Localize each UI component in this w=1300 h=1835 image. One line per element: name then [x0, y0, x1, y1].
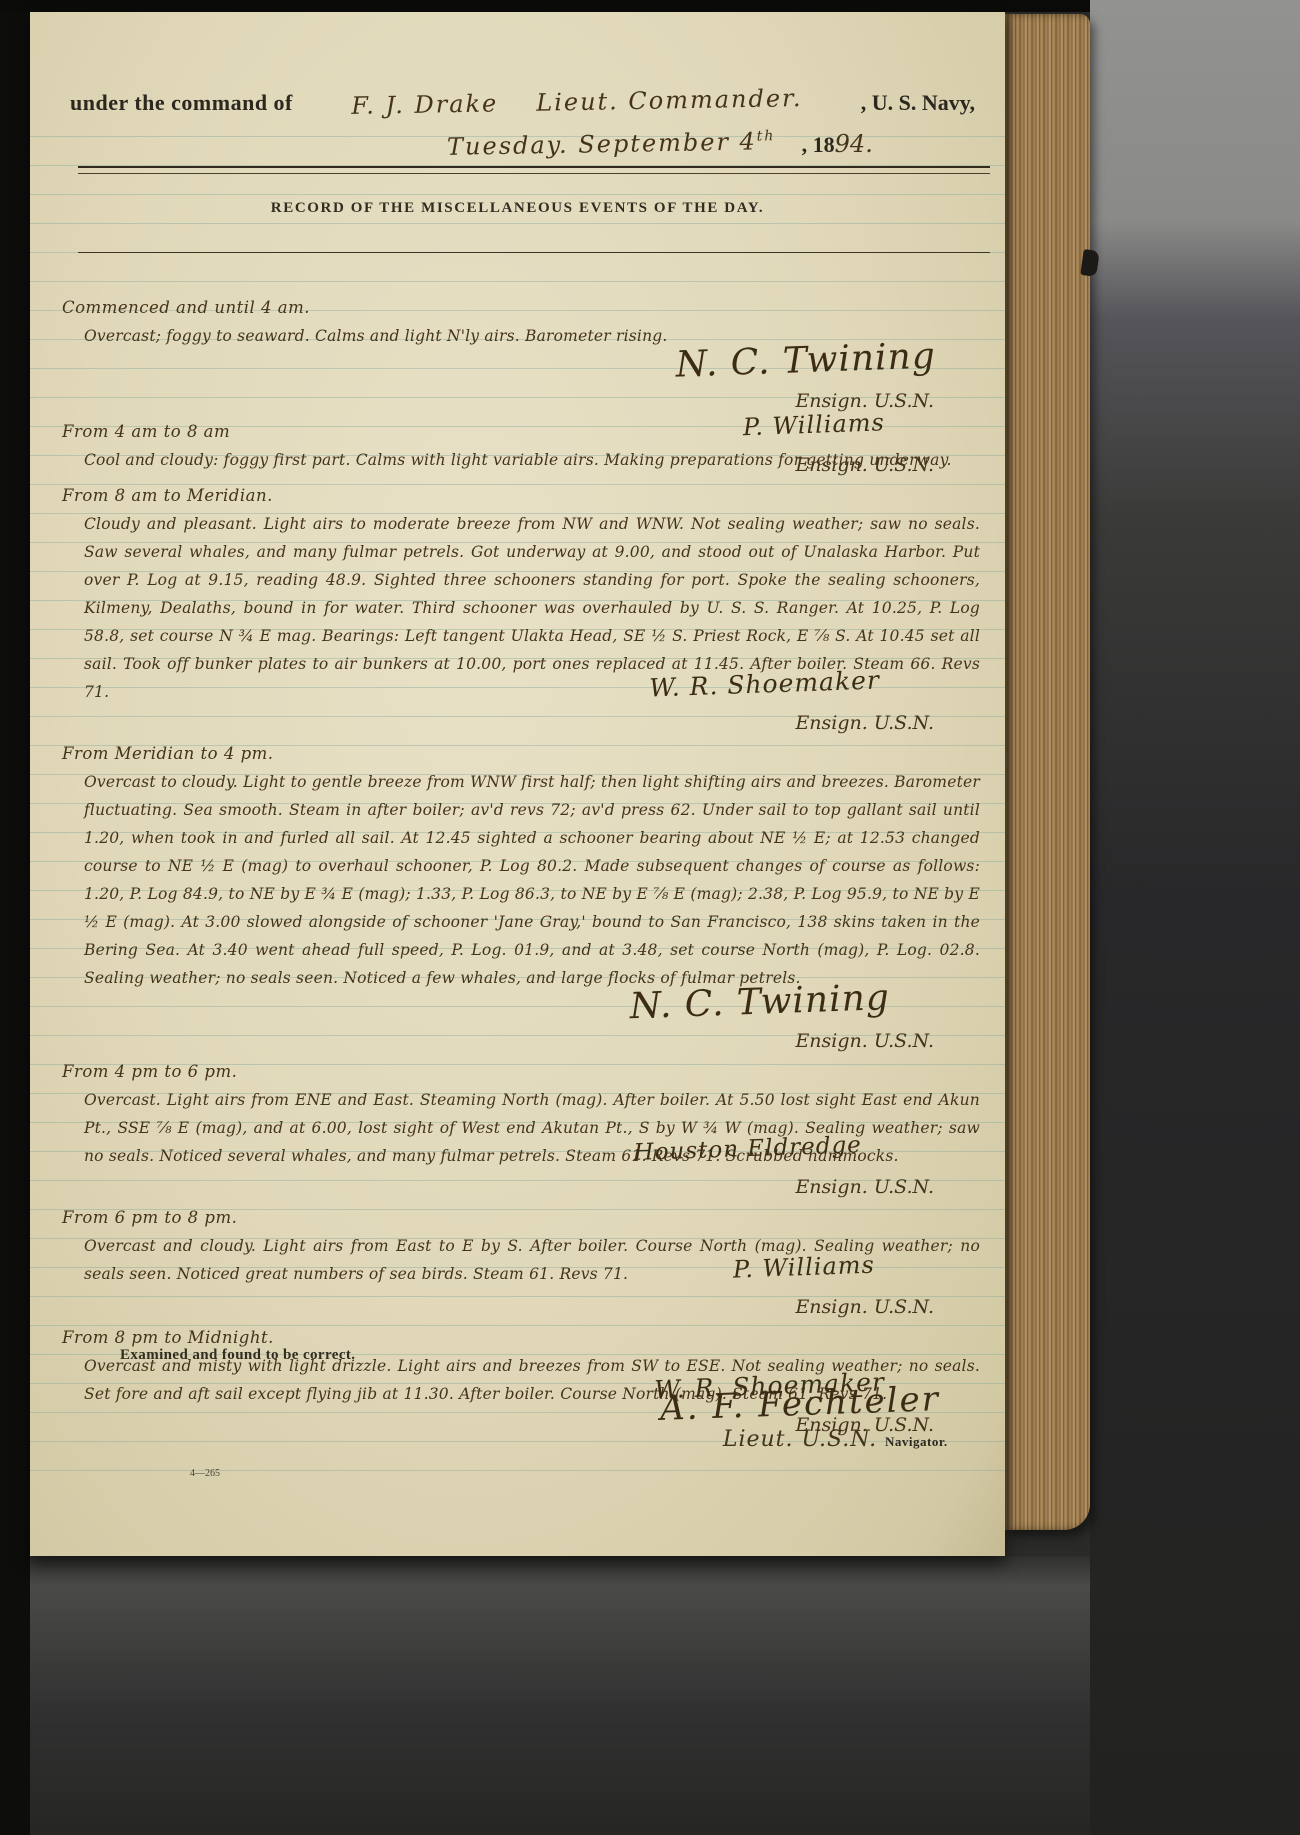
logbook-page: under the command of F. J. DrakeLieut. C… — [30, 12, 1005, 1556]
commander-rank: Lieut. Commander. — [536, 84, 803, 117]
printed-command-label: under the command of — [70, 90, 293, 116]
printed-navy-label: , U. S. Navy, — [861, 90, 975, 116]
entry-commenced-to-4am: Commenced and until 4 am. Overcast; fogg… — [62, 294, 980, 414]
year-handwritten: 94. — [835, 130, 873, 158]
record-title: RECORD OF THE MISCELLANEOUS EVENTS OF TH… — [30, 200, 1005, 217]
entry-heading: Commenced and until 4 am. — [62, 294, 980, 322]
entry-heading: From 4 pm to 6 pm. — [62, 1058, 980, 1086]
entry-heading: From 8 am to Meridian. — [62, 482, 980, 510]
signature-block: W. R. Shoemaker Ensign. U.S.N. — [62, 676, 980, 736]
printed-navigator-label: Navigator. — [885, 1434, 948, 1450]
signature-block: N. C. Twining Ensign. U.S.N. — [62, 994, 980, 1054]
entry-4am-to-8am: From 4 am to 8 am Cool and cloudy: foggy… — [62, 418, 980, 478]
background-bottom — [30, 1556, 1090, 1835]
date-day: Tuesday. September 4 — [447, 127, 757, 160]
photo-border-top — [0, 0, 1090, 12]
title-rule — [78, 252, 990, 253]
entry-4pm-to-6pm: From 4 pm to 6 pm. Overcast. Light airs … — [62, 1058, 980, 1200]
date-line: Tuesday. September 4th , 18 94. — [330, 130, 990, 158]
date-ordinal: th — [757, 128, 776, 144]
log-entries: Commenced and until 4 am. Overcast; fogg… — [62, 294, 980, 1442]
commander-name: F. J. Drake — [351, 89, 498, 120]
date-handwritten: Tuesday. September 4th — [447, 127, 776, 161]
command-line: under the command of F. J. DrakeLieut. C… — [70, 88, 975, 116]
commander-handwritten: F. J. DrakeLieut. Commander. — [293, 83, 861, 121]
background-right — [1090, 0, 1300, 1835]
entry-heading: From Meridian to 4 pm. — [62, 740, 980, 768]
entry-meridian-to-4pm: From Meridian to 4 pm. Overcast to cloud… — [62, 740, 980, 1054]
entry-8am-to-meridian: From 8 am to Meridian. Cloudy and pleasa… — [62, 482, 980, 736]
entry-6pm-to-8pm: From 6 pm to 8 pm. Overcast and cloudy. … — [62, 1204, 980, 1320]
photo-border-left — [0, 0, 30, 1835]
header-rule — [78, 166, 990, 174]
printed-year-prefix: , 18 — [802, 132, 835, 158]
entry-heading: From 6 pm to 8 pm. — [62, 1204, 980, 1232]
examined-note: Examined and found to be correct. — [120, 1347, 355, 1364]
signature-block: N. C. Twining Ensign. U.S.N. — [62, 354, 980, 414]
book-page-edges — [1004, 14, 1090, 1530]
entry-body: Overcast to cloudy. Light to gentle bree… — [62, 768, 980, 992]
form-number: 4—265 — [190, 1468, 220, 1479]
